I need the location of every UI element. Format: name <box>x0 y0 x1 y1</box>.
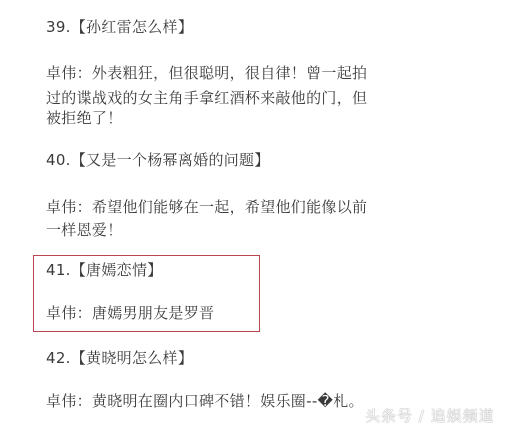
item-39-answer-line: 卓伟：外表粗狂，但很聪明，很自律！曾一起拍 <box>46 63 367 83</box>
item-39-answer-line: 过的谍战戏的女主角手拿红酒杯来敲他的门，但 <box>46 88 367 108</box>
item-42-answer-line: 卓伟：黄晓明在圈内口碑不错！娱乐圈--�札。 <box>46 391 364 411</box>
item-40-title: 40.【又是一个杨幂离婚的问题】 <box>46 150 270 170</box>
item-41-answer-line: 卓伟：唐嫣男朋友是罗晋 <box>46 303 214 323</box>
item-41-title: 41.【唐嫣恋情】 <box>46 260 163 280</box>
item-39-title: 39.【孙红雷怎么样】 <box>46 17 193 37</box>
item-42-title: 42.【黄晓明怎么样】 <box>46 348 193 368</box>
item-40-answer-line: 一样恩爱！ <box>46 220 123 240</box>
item-40-answer-line: 卓伟：希望他们能够在一起，希望他们能像以前 <box>46 197 367 217</box>
watermark: 头条号 / 追娱频道 <box>365 405 495 426</box>
item-39-answer-line: 被拒绝了！ <box>46 108 123 128</box>
